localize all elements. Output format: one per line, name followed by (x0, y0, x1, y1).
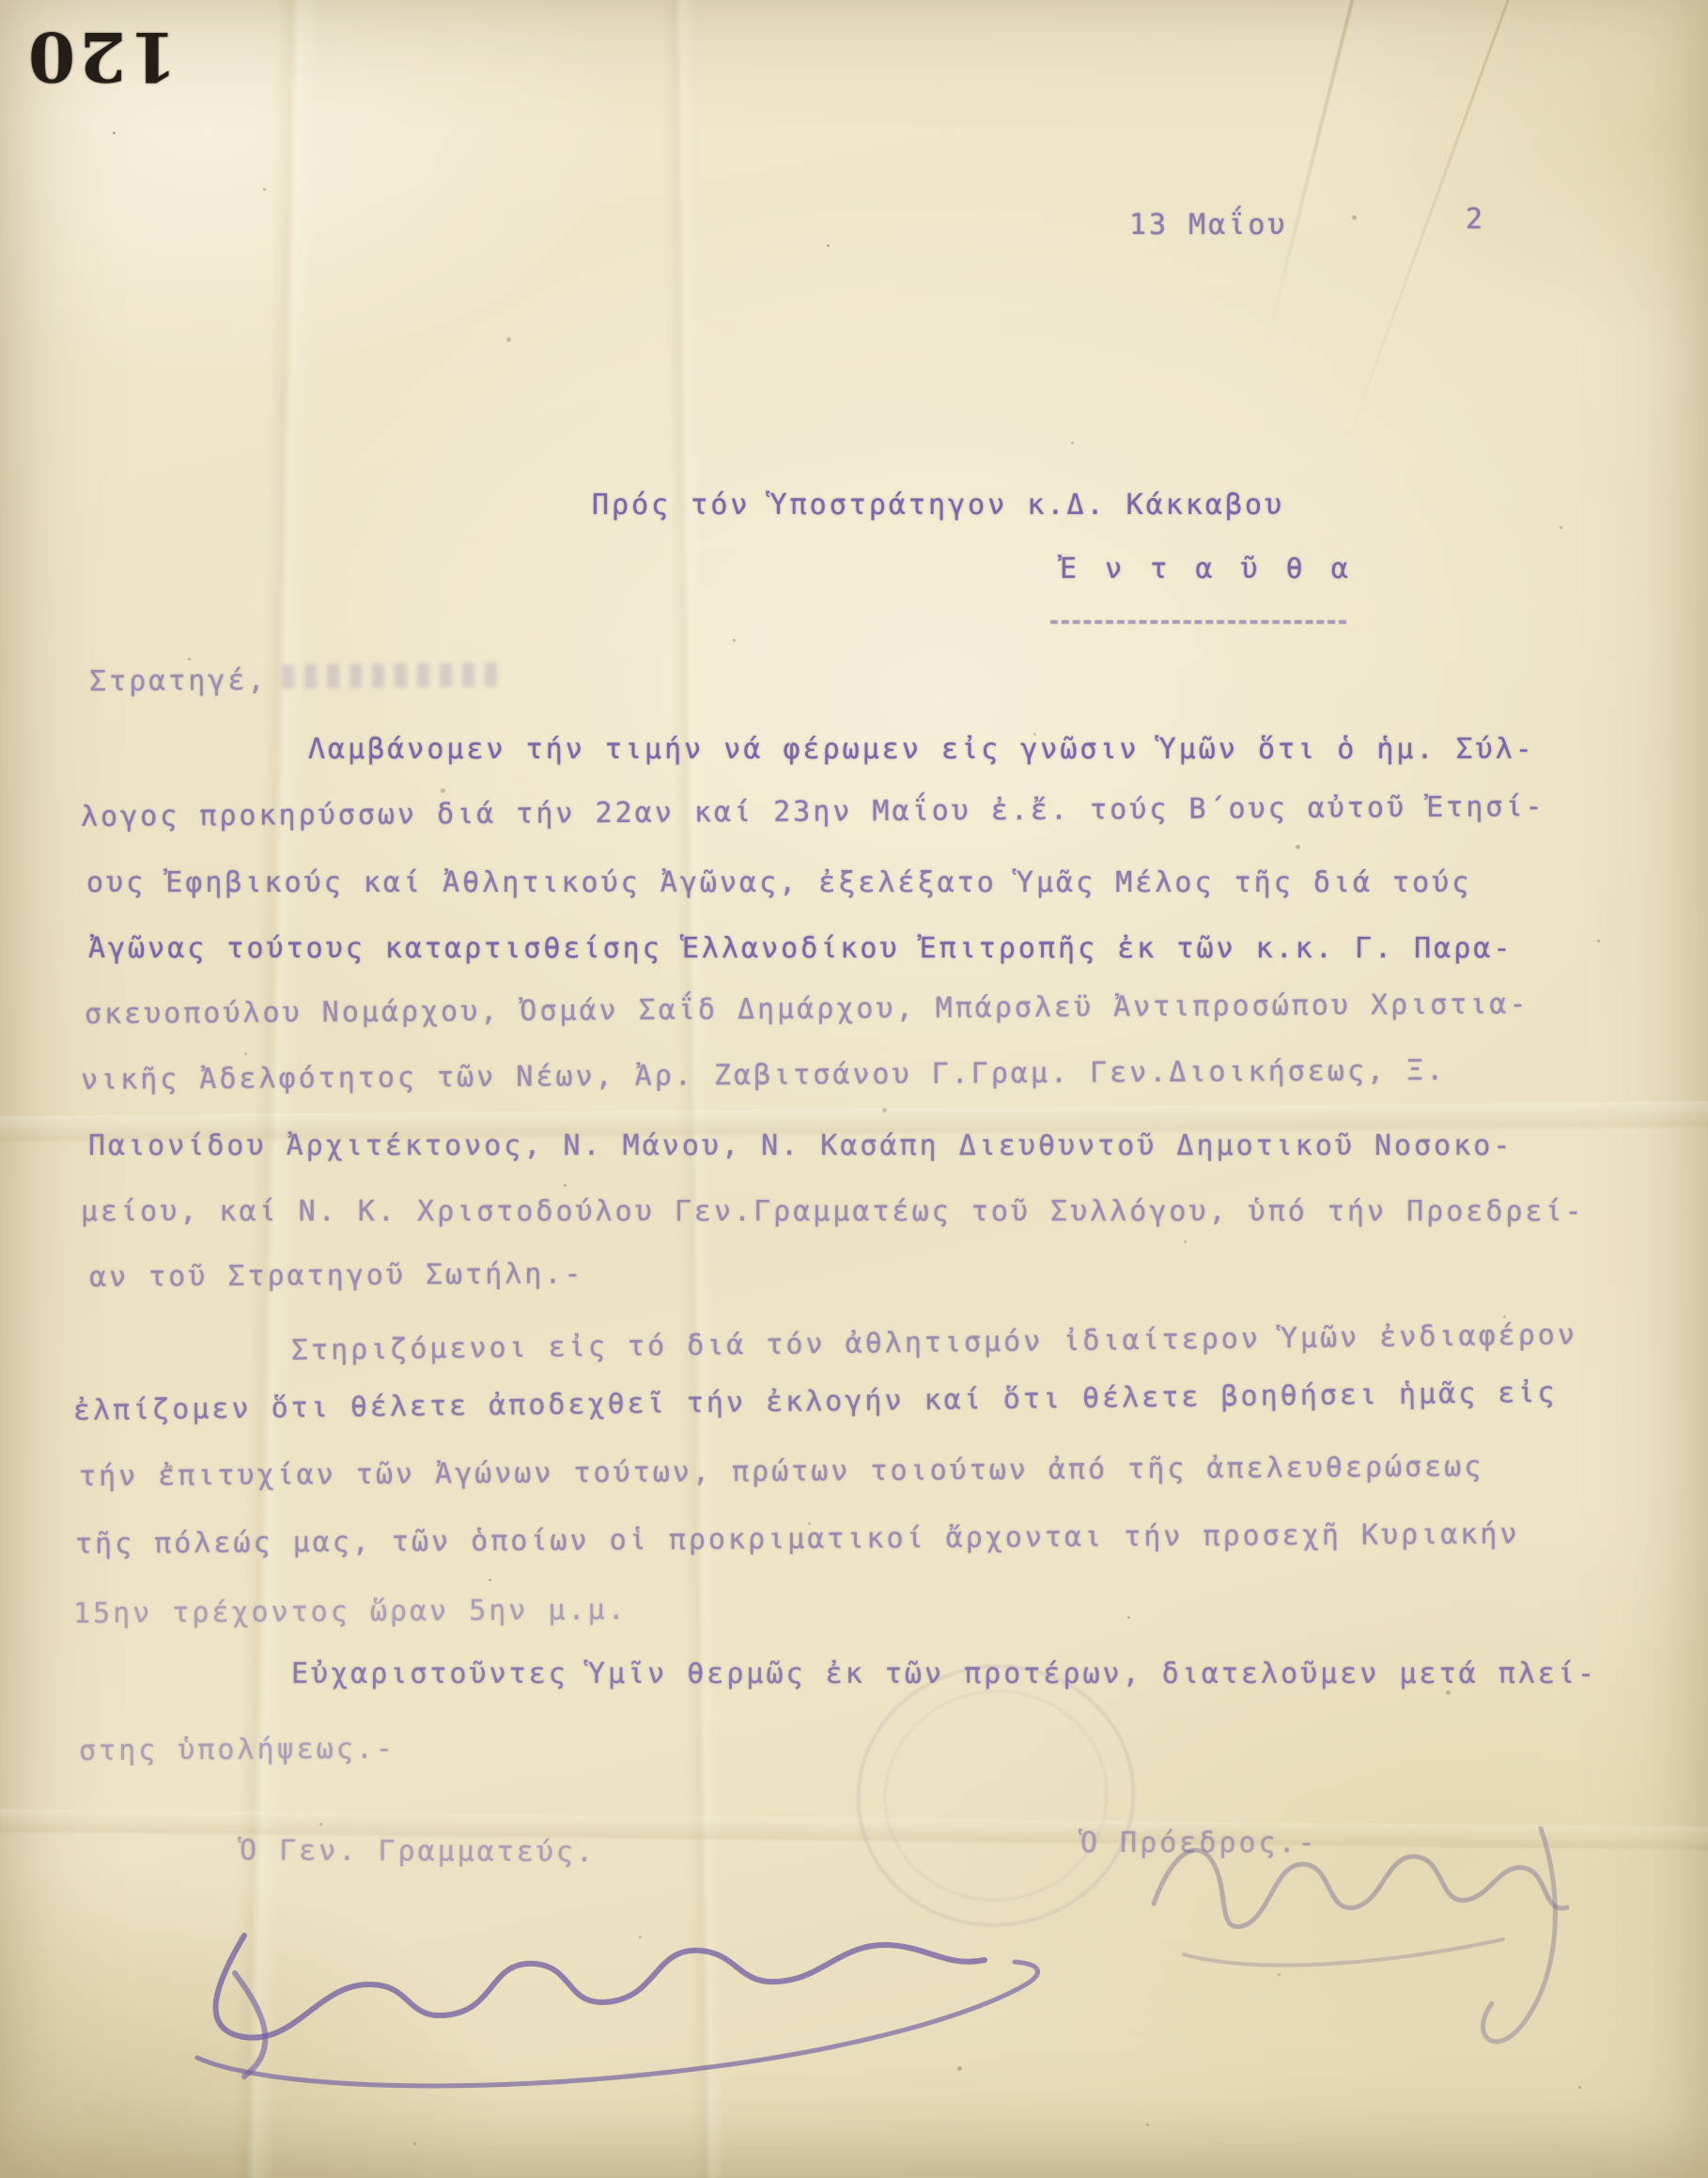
body-line: αν τοῦ Στρατηγοῦ Σωτήλη.- (89, 1257, 584, 1294)
body-line: σκευοπούλου Νομάρχου, Ὀσμάν Σαΐδ Δημάρχο… (85, 988, 1529, 1031)
body-line: τῆς πόλεώς μας, τῶν ὁποίων οἱ προκριματι… (75, 1517, 1520, 1561)
body-line: τήν ἐπιτυχίαν τῶν Ἀγώνων τούτων, πρώτων … (79, 1451, 1484, 1493)
signatures-area (132, 1738, 1597, 2114)
letter-date: 13 Μαΐου (1129, 209, 1288, 241)
archive-number-stamp: 120 (24, 17, 177, 97)
location-line: Ἐ ν τ α ῦ θ α (1060, 552, 1354, 585)
body-line: μείου, καί Ν. Κ. Χριστοδούλου Γεν.Γραμμα… (81, 1195, 1585, 1228)
salutation: Στρατηγέ, (89, 664, 268, 698)
ink-smudge (282, 662, 498, 689)
letter-page: 120 13 Μαΐου 2 Πρός τόν Ὑποστράτηγον κ.Δ… (0, 0, 1708, 2178)
paper-crease (1263, 0, 1361, 351)
paper-crease (1344, 0, 1514, 446)
body-line: λογος προκηρύσσων διά τήν 22αν καί 23ην … (81, 790, 1545, 833)
body-line: Παιονίδου Ἀρχιτέκτονος, Ν. Μάνου, Ν. Κασ… (88, 1129, 1513, 1162)
body-line: ἐλπίζομεν ὅτι θέλετε ἀποδεχθεῖ τήν ἐκλογ… (73, 1377, 1558, 1427)
paper-speckles (113, 132, 116, 134)
body-line: Λαμβάνομεν τήν τιμήν νά φέρωμεν εἰς γνῶσ… (308, 733, 1535, 766)
page-number: 2 (1466, 203, 1485, 236)
body-line: 15ην τρέχοντος ὥραν 5ην μ.μ. (73, 1594, 628, 1630)
secretary-signature (197, 1936, 1038, 2086)
body-line: Ἀγῶνας τούτους καταρτισθείσης Ἑλλανοδίκο… (88, 932, 1513, 965)
president-signature (1154, 1828, 1567, 2042)
recipient-line: Πρός τόν Ὑποστράτηγον κ.Δ. Κάκκαβου (592, 489, 1284, 521)
body-line: ους Ἐφηβικούς καί Ἀθλητικούς Ἀγῶνας, ἐξε… (86, 866, 1471, 899)
body-line: νικῆς Ἀδελφότητος τῶν Νέων, Ἀρ. Ζαβιτσάν… (81, 1054, 1446, 1097)
body-line: Στηριζόμενοι εἰς τό διά τόν ἀθλητισμόν ἰ… (291, 1318, 1577, 1367)
location-underline (1050, 620, 1346, 624)
